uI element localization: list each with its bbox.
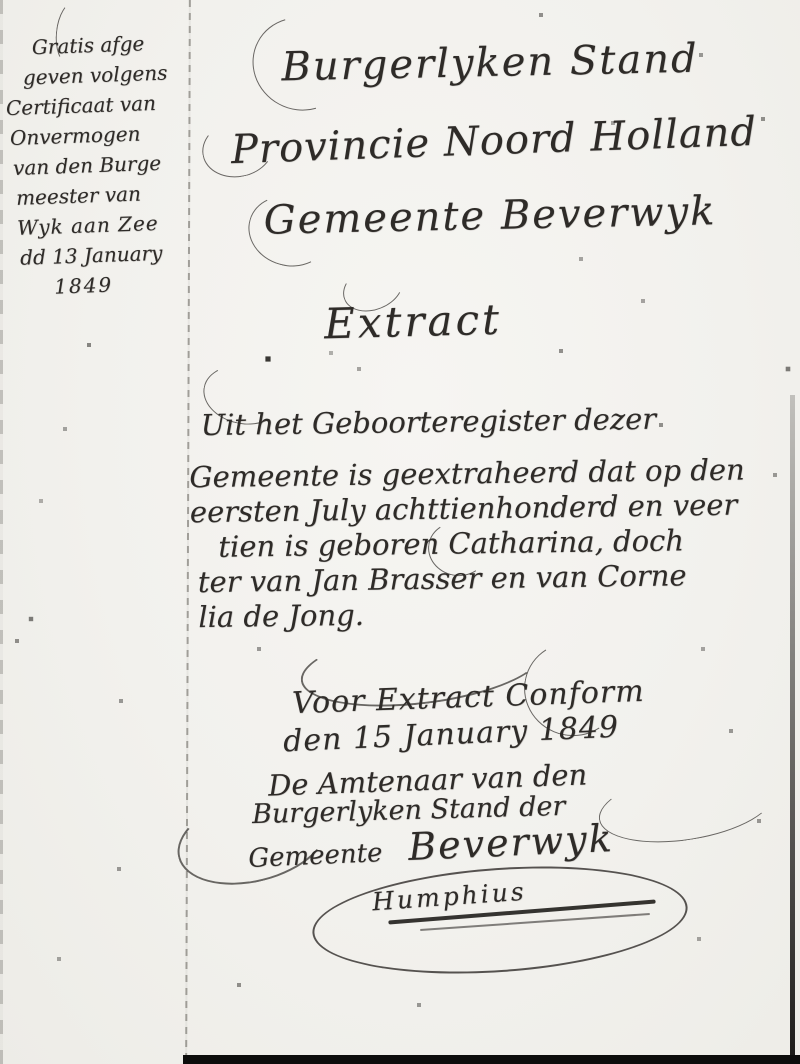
heading-province: Provincie Noord Holland [187,107,800,174]
body-line: lia de Jong. [191,592,797,635]
heading-municipality: Gemeente Beverwyk [225,187,756,244]
body-paragraph: Uit het Geboorteregister dezer Gemeente … [188,400,797,635]
heading-registry: Burgerlyken Stand [240,35,741,91]
margin-note-line: geven volgens [2,57,187,93]
body-line: Uit het Geboorteregister dezer [188,400,794,443]
margin-note: Gratis afge geven volgens Certificaat va… [1,27,194,303]
left-scan-edge [0,0,3,1064]
document-page: Gratis afge geven volgens Certificaat va… [0,0,800,1064]
closing-municipality-name: Beverwyk [407,816,614,869]
document-title: Extract [287,294,538,350]
signature-flourish-oval [309,855,691,985]
scan-speckles [0,0,2,2]
beverwyk-tail-flourish [594,759,779,854]
bottom-scan-bar [183,1055,800,1064]
closing-municipality-label: Gemeente [248,838,383,874]
